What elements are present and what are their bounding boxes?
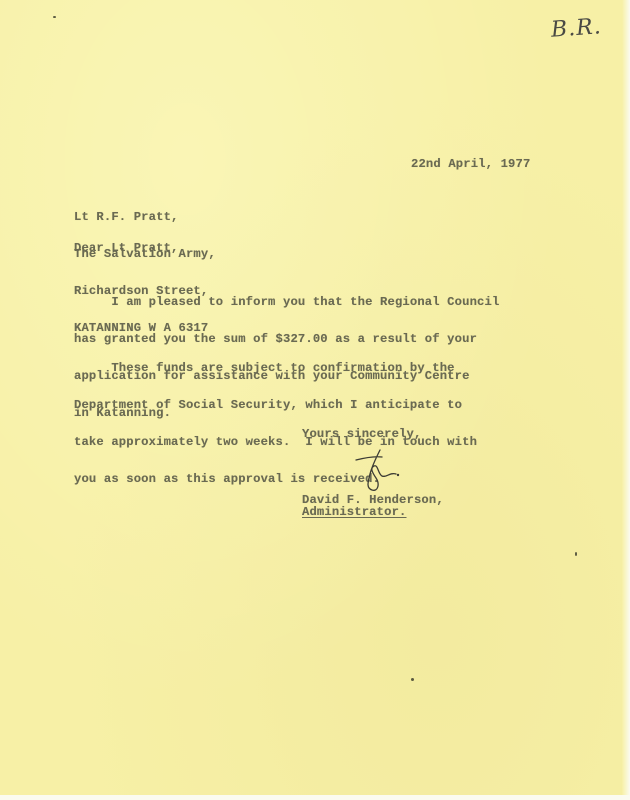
handwritten-annotation: B.R. bbox=[550, 14, 602, 42]
signer-title: Administrator. bbox=[302, 506, 407, 518]
paragraph-line: Department of Social Security, which I a… bbox=[74, 399, 477, 411]
closing: Yours sincerely, bbox=[302, 428, 421, 440]
body-paragraph-2: These funds are subject to confirmation … bbox=[74, 337, 477, 511]
paragraph-line: These funds are subject to confirmation … bbox=[74, 362, 477, 374]
handwritten-signature-icon bbox=[352, 448, 402, 494]
paragraph-line: you as soon as this approval is received… bbox=[74, 473, 477, 485]
address-line: Lt R.F. Pratt, bbox=[74, 211, 216, 223]
letter-page: B.R. 22nd April, 1977 Lt R.F. Pratt, The… bbox=[0, 0, 624, 795]
letter-date: 22nd April, 1977 bbox=[411, 158, 530, 170]
paragraph-line: I am pleased to inform you that the Regi… bbox=[74, 296, 499, 308]
paper-speck bbox=[53, 16, 56, 18]
salutation: Dear Lt Pratt, bbox=[74, 242, 179, 254]
paper-speck bbox=[575, 552, 577, 556]
paper-speck bbox=[411, 678, 414, 681]
